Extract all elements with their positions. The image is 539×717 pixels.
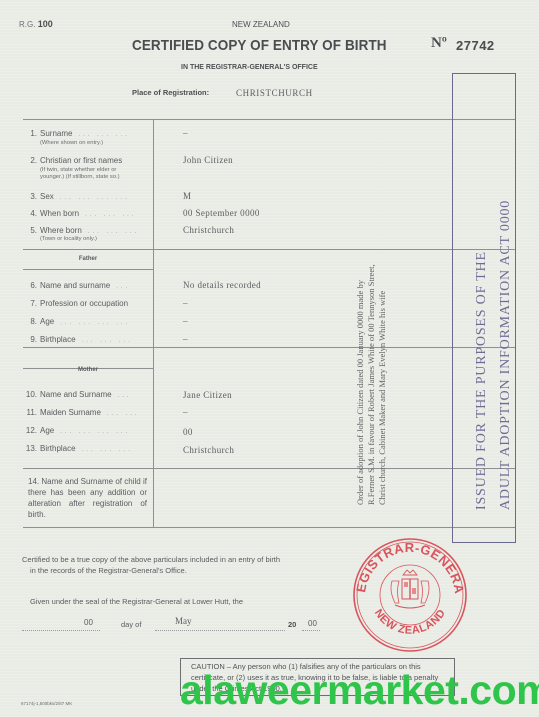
table-top-rule — [23, 119, 516, 120]
number-label: Nº — [431, 35, 447, 52]
certification-line-2: in the records of the Registrar-General'… — [30, 566, 187, 575]
item-6-value: No details recorded — [183, 280, 261, 290]
item-2-note: (If twin, state whether elder or younger… — [40, 167, 120, 181]
month-fill-line — [155, 630, 285, 631]
certification-line-1: Certified to be a true copy of the above… — [22, 555, 280, 564]
father-heading-rule — [23, 269, 153, 270]
item-8-value: – — [183, 316, 188, 326]
day-value: 00 — [84, 618, 93, 627]
mother-heading: Mother — [23, 367, 153, 373]
month-value: May — [175, 616, 192, 626]
item-9-value: – — [183, 334, 188, 344]
item-1-label: 1.Surname... ... ... — [23, 129, 130, 138]
item-4-value: 00 September 0000 — [183, 208, 260, 218]
print-code: 67174j-1,500bks/2/87 MK — [21, 701, 72, 706]
item-8-label: 8.Age... ... ... ... — [23, 317, 130, 326]
father-heading: Father — [23, 256, 153, 262]
watermark-text: alaweermarket.com — [180, 665, 539, 715]
item-12-value: 00 — [183, 427, 193, 437]
item-14-label: 14. Name and Surname of child if there h… — [28, 476, 147, 520]
stamp-line-1: ISSUED FOR THE PURPOSES OF THE — [470, 80, 494, 510]
child-section-rule — [23, 249, 516, 250]
item-7-label: 7.Profession or occupation — [23, 299, 128, 308]
document-title: CERTIFIED COPY OF ENTRY OF BIRTH — [132, 37, 387, 54]
document-subtitle: IN THE REGISTRAR-GENERAL'S OFFICE — [181, 64, 318, 71]
adoption-note-line-3: Christ church, Cabinet Maker and Mary Ev… — [377, 140, 388, 505]
mother-section-rule — [23, 468, 516, 469]
issued-for-stamp-text: ISSUED FOR THE PURPOSES OF THE ADULT ADO… — [470, 80, 518, 510]
day-of-label: day of — [121, 620, 141, 629]
father-section-rule — [23, 347, 516, 348]
item-12-label: 12.Age... ... ... ... — [23, 426, 130, 435]
registrar-general-seal-icon: REGISTRAR-GENERAL NEW ZEALAND — [347, 535, 473, 653]
day-fill-line — [22, 630, 100, 631]
place-of-registration-value: CHRISTCHURCH — [236, 88, 313, 98]
item-6-label: 6.Name and surname... — [23, 281, 130, 290]
item-5-label: 5.Where born... ... ... — [23, 226, 139, 235]
item-5-note: (Town or locality only.) — [40, 236, 97, 243]
adoption-note-line-1: Order of adoption of John Citizen dated … — [355, 140, 366, 505]
item-11-value: – — [183, 407, 188, 417]
place-of-registration-label: Place of Registration: — [132, 88, 209, 97]
form-code-prefix: R.G. — [19, 20, 35, 29]
svg-text:NEW ZEALAND: NEW ZEALAND — [372, 607, 448, 636]
column-divider — [153, 119, 154, 527]
item-1-note: (Where shown on entry.) — [40, 140, 103, 147]
item-3-value: M — [183, 191, 191, 201]
country-heading: NEW ZEALAND — [232, 20, 290, 29]
stamp-line-2: ADULT ADOPTION INFORMATION ACT 0000 — [494, 80, 518, 510]
item-4-label: 4.When born... ... ... — [23, 209, 136, 218]
given-under-seal: Given under the seal of the Registrar-Ge… — [30, 597, 243, 606]
item-9-label: 9.Birthplace... ... ... — [23, 335, 133, 344]
adoption-order-note: Order of adoption of John Citizen dated … — [355, 140, 388, 505]
item-2-label: 2.Christian or first names — [23, 156, 122, 165]
table-bottom-rule — [23, 527, 516, 528]
item-2-value: John Citizen — [183, 155, 233, 165]
item-10-label: 10.Name and Surname... — [23, 390, 132, 399]
item-5-value: Christchurch — [183, 225, 234, 235]
certificate-number: 27742 — [456, 38, 495, 53]
year-prefix: 20 — [288, 620, 296, 629]
year-value: 00 — [308, 619, 317, 628]
item-13-label: 13.Birthplace... ... ... — [23, 444, 133, 453]
year-fill-line — [302, 630, 320, 631]
item-13-value: Christchurch — [183, 445, 234, 455]
adoption-note-line-2: R.Ferner S.M. in favour of Robert James … — [366, 140, 377, 505]
item-1-value: – — [183, 128, 188, 138]
item-3-label: 3.Sex... ... ... ... — [23, 192, 130, 201]
item-11-label: 11.Maiden Surname... ... — [23, 408, 140, 417]
form-code-number: 100 — [38, 19, 53, 29]
item-10-value: Jane Citizen — [183, 390, 232, 400]
item-7-value: – — [183, 298, 188, 308]
form-code: R.G. 100 — [19, 19, 53, 29]
